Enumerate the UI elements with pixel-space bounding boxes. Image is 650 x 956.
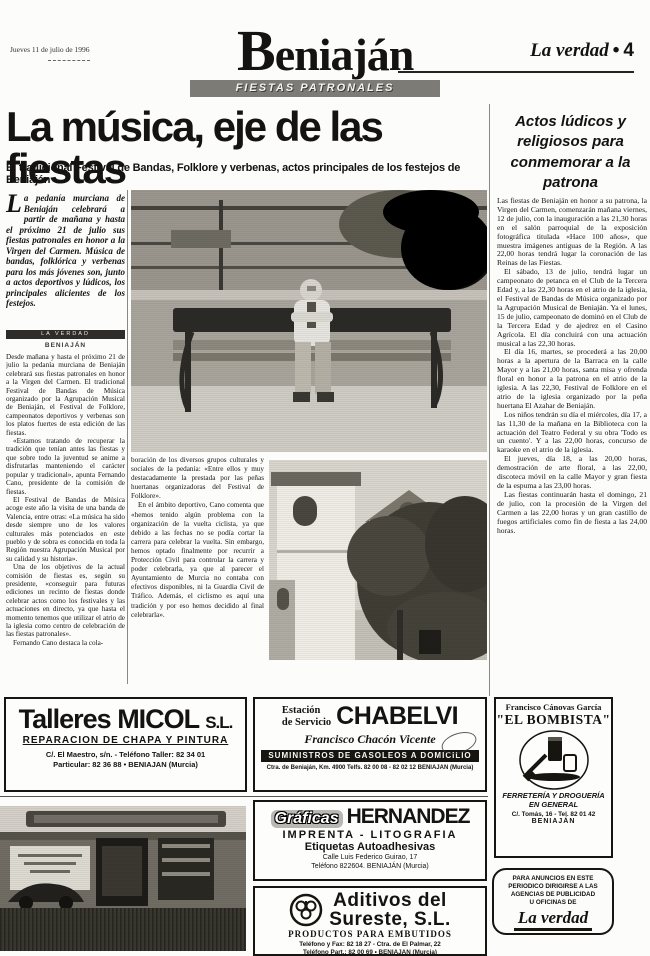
ad-aditivos-products: PRODUCTOS PARA EMBUTIDOS xyxy=(255,929,485,939)
body-column-1: Desde mañana y hasta el próximo 21 de ju… xyxy=(6,353,125,685)
ad-bombista-service2: EN GENERAL xyxy=(496,801,611,810)
sidebar-column-rule xyxy=(489,104,490,696)
ad-micol-service: REPARACION DE CHAPA Y PINTURA xyxy=(6,735,245,746)
laverdad-logo: La verdad xyxy=(514,909,592,931)
ad-hernandez-name: HERNANDEZ xyxy=(347,805,470,829)
page-number: 4 xyxy=(623,40,634,61)
folio-bullet: • xyxy=(613,40,620,61)
folio: La verdad • 4 xyxy=(530,40,634,62)
ad-aditivos-address: Teléfono y Fax: 82 18 27 - Ctra. de El P… xyxy=(255,941,485,956)
ad-hernandez-pre: Gráficas xyxy=(271,810,343,828)
page-date: Jueves 11 de julio de 1996 xyxy=(10,45,90,54)
ad-bombista-city: BENIAJÁN xyxy=(496,818,611,825)
storefront-photo-image xyxy=(0,806,246,951)
ad-micol-name: Talleres MICOL S.L. xyxy=(6,705,245,733)
sidebar-body: Las fiestas de Beniaján en honor a su pa… xyxy=(497,197,647,699)
paragraph: El jueves, día 18, a las 20,00 horas, de… xyxy=(497,455,647,491)
paragraph: Desde mañana y hasta el próximo 21 de ju… xyxy=(6,353,125,437)
ad-el-bombista: Francisco Cánovas García "EL BOMBISTA" F… xyxy=(494,697,613,858)
dateline: BENIAJÁN xyxy=(6,342,125,349)
body-column-2: boración de los diversos grupos cultural… xyxy=(131,456,264,684)
date-underline xyxy=(48,60,90,61)
ad-aditivos-name: Aditivos del Sureste, S.L. xyxy=(329,891,451,929)
notice-line1: PARA ANUNCIOS EN ESTE xyxy=(494,875,612,883)
paragraph: Fernando Cano destaca la cola- xyxy=(6,639,125,647)
photo-church xyxy=(269,460,487,660)
ad-bombista-name: "EL BOMBISTA" xyxy=(496,712,611,728)
ads-separator-rule xyxy=(0,796,488,797)
ad-chabelvi-header: Estación de Servicio CHABELVI xyxy=(255,702,485,731)
paragraph: Las fiestas de Beniaján en honor a su pa… xyxy=(497,197,647,268)
paragraph: Las fiestas continuarán hasta el domingo… xyxy=(497,491,647,536)
ad-micol-suffix: S.L. xyxy=(205,713,232,732)
paragraph: boración de los diversos grupos cultural… xyxy=(131,456,264,501)
ad-talleres-micol: Talleres MICOL S.L. REPARACION DE CHAPA … xyxy=(4,697,247,792)
notice-line4: U OFICINAS DE xyxy=(494,899,612,907)
paragraph: Los niños tendrán su día el miércoles, d… xyxy=(497,411,647,456)
ad-bombista-owner: Francisco Cánovas García xyxy=(496,702,611,712)
paragraph: El día 16, martes, se procederá a las 20… xyxy=(497,348,647,410)
ad-chabelvi-pre2: de Servicio xyxy=(282,717,331,729)
ad-graficas-hernandez: Gráficas HERNANDEZ IMPRENTA - LITOGRAFIA… xyxy=(253,800,487,881)
paragraph: El Festival de Bandas de Música acoge es… xyxy=(6,496,125,563)
subheadline: El tradicional Festival de Bandas, Folkl… xyxy=(6,162,488,186)
lead-paragraph: La pedanía murciana de Beniaján celebrar… xyxy=(6,193,125,309)
sidebar-title: Actos lúdicos y religiosos para conmemor… xyxy=(497,112,644,193)
ad-aditivos-name-line2: Sureste, S.L. xyxy=(329,910,451,929)
ad-chabelvi-address: Ctra. de Beniaján, Km. 4900 Telfs. 82 00… xyxy=(255,765,485,771)
paragraph: En el ámbito deportivo, Cano comenta que… xyxy=(131,501,264,619)
newspaper-name: La verdad xyxy=(530,40,609,61)
ad-micol-address: C/. El Maestro, s/n. - Teléfono Taller: … xyxy=(6,750,245,769)
section-masthead: Beniaján xyxy=(237,22,413,80)
ad-laverdad-notice: PARA ANUNCIOS EN ESTE PERIODICO DIRIGIRS… xyxy=(492,868,614,935)
ad-aditivos-sureste: Aditivos del Sureste, S.L. PRODUCTOS PAR… xyxy=(253,886,487,956)
ad-micol-name-text: Talleres MICOL xyxy=(19,704,199,734)
ad-hernandez-service1: IMPRENTA - LITOGRAFIA xyxy=(255,829,485,841)
ad-chabelvi-pre1: Estación xyxy=(282,705,331,717)
photo-man-on-bench-image xyxy=(131,190,487,452)
notice-line2: PERIODICO DIRIGIRSE A LAS xyxy=(494,883,612,891)
storefront-photo-ad xyxy=(0,806,246,951)
photo-church-image xyxy=(269,460,487,660)
ad-chabelvi-name: CHABELVI xyxy=(336,702,458,731)
ad-chabelvi-pre: Estación de Servicio xyxy=(282,705,331,728)
newspaper-page: Jueves 11 de julio de 1996 Beniaján La v… xyxy=(0,0,650,956)
ad-hernandez-name-row: Gráficas HERNANDEZ xyxy=(255,805,485,829)
byline-bar: LA VERDAD xyxy=(6,330,125,339)
ad-micol-address-line1: C/. El Maestro, s/n. - Teléfono Taller: … xyxy=(6,750,245,760)
ad-aditivos-address-line2: Teléfono Part.: 82 00 69 • BENIAJAN (Mur… xyxy=(255,949,485,956)
hardware-engraving-icon xyxy=(518,729,590,791)
ad-aditivos-header: Aditivos del Sureste, S.L. xyxy=(255,891,485,929)
notice-line3: AGENCIAS DE PUBLICIDAD xyxy=(494,891,612,899)
aditivos-logo-icon xyxy=(289,893,323,927)
header-rule xyxy=(398,71,634,73)
paragraph: Una de los objetivos de la actual comisi… xyxy=(6,563,125,639)
ad-bombista-address: C/. Tomás, 16 - Tel. 82 01 42 xyxy=(496,811,611,818)
paragraph: «Estamos tratando de recuperar la tradic… xyxy=(6,437,125,496)
ad-aditivos-address-line1: Teléfono y Fax: 82 18 27 - Ctra. de El P… xyxy=(255,941,485,949)
kicker-banner: FIESTAS PATRONALES xyxy=(190,80,440,97)
ad-micol-address-line2: Particular: 82 36 88 • BENIAJAN (Murcia) xyxy=(6,760,245,770)
body-column-rule xyxy=(127,190,128,684)
ad-hernandez-address: Calle Luis Federico Guirao, 17 Teléfono … xyxy=(255,853,485,871)
ad-hernandez-address-line2: Teléfono 822604. BENIAJÁN (Murcia) xyxy=(255,862,485,871)
ad-chabelvi: Estación de Servicio CHABELVI Francisco … xyxy=(253,697,487,792)
ad-hernandez-service2: Etiquetas Autoadhesivas xyxy=(255,841,485,853)
paragraph: El sábado, 13 de julio, tendrá lugar un … xyxy=(497,268,647,348)
photo-man-on-bench xyxy=(131,190,487,452)
ad-hernandez-address-line1: Calle Luis Federico Guirao, 17 xyxy=(255,853,485,862)
ad-aditivos-name-line1: Aditivos del xyxy=(329,891,451,910)
